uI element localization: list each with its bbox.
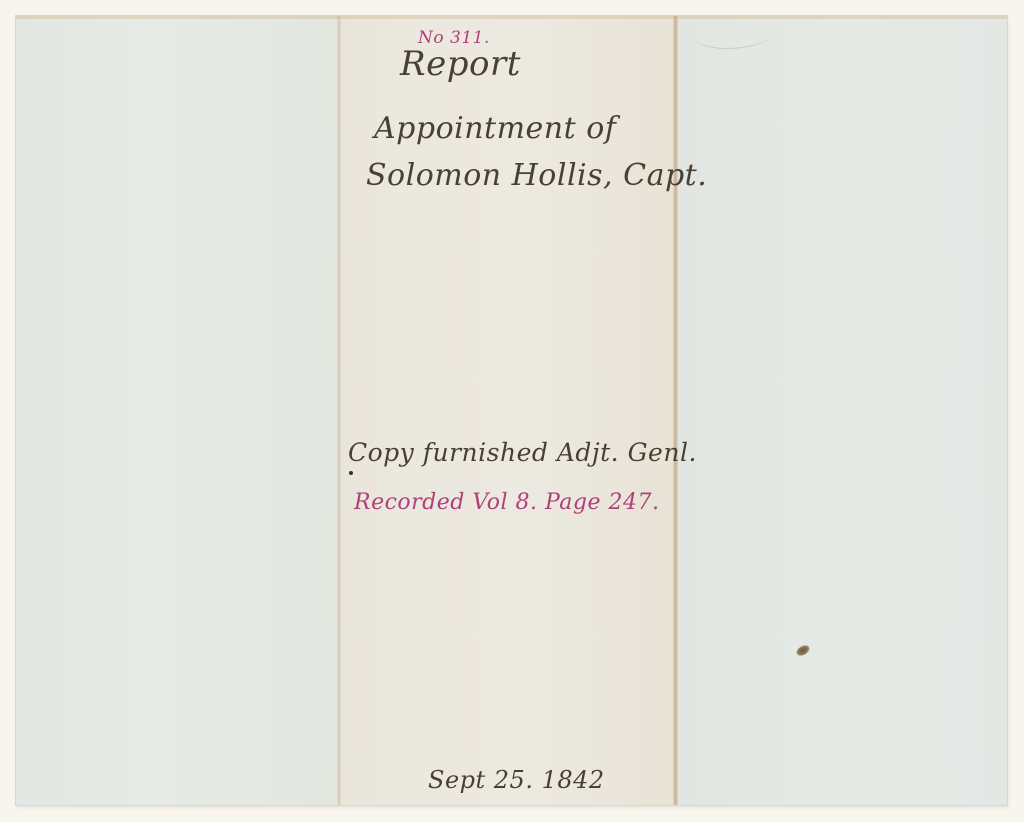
right-fold-crease [673, 16, 678, 805]
copy-furnished-note: Copy furnished Adjt. Genl. [348, 438, 697, 467]
docket-date: Sept 25. 1842 [428, 766, 605, 794]
left-fold-crease [337, 16, 341, 805]
ink-dot [349, 471, 353, 475]
docket-person-name: Solomon Hollis, Capt. [366, 158, 707, 193]
left-fold-panel [16, 16, 339, 805]
document-sheet: No 311. Report Appointment of Solomon Ho… [16, 16, 1007, 805]
right-fold-panel [675, 16, 1007, 805]
docket-subject: Appointment of [374, 111, 616, 146]
recorded-note: Recorded Vol 8. Page 247. [354, 490, 659, 515]
docket-title: Report [400, 44, 521, 84]
paper-top-edge-stain [16, 16, 1007, 19]
